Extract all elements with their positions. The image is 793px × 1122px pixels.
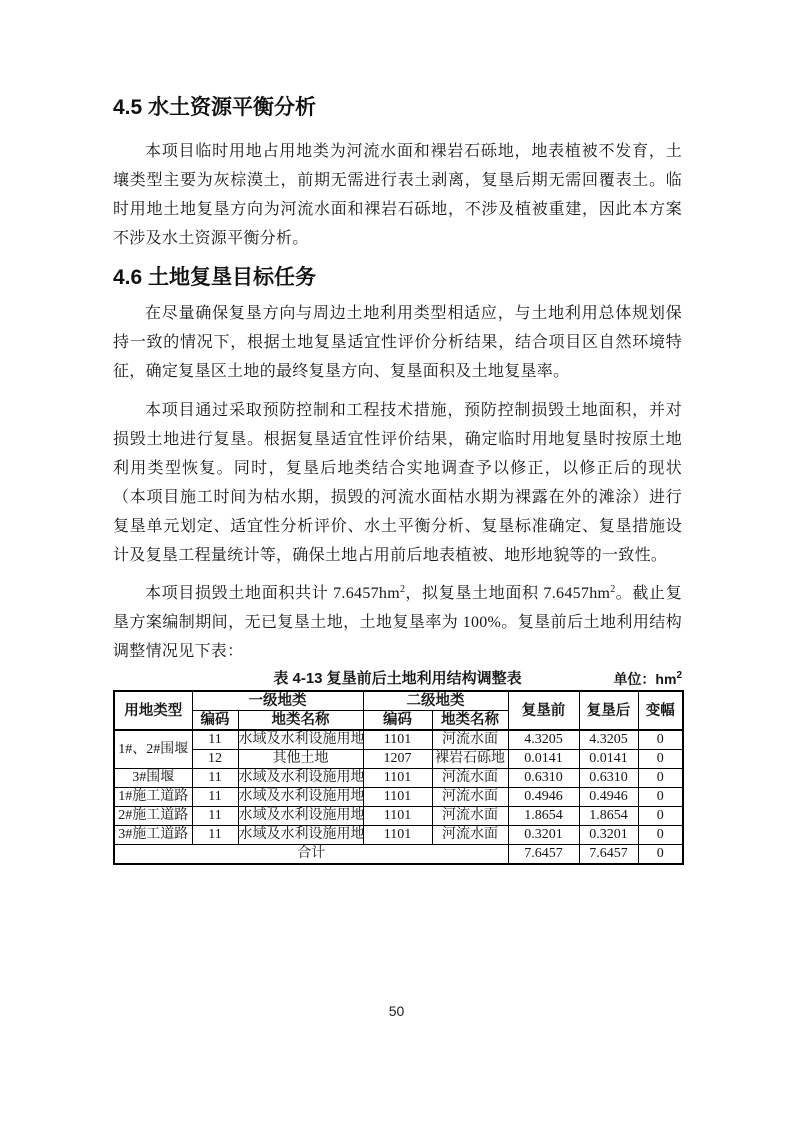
cell-code1: 12 <box>192 750 238 769</box>
superscript: 2 <box>676 670 682 681</box>
header-level1-group: 一级地类 <box>192 691 363 711</box>
cell-code1: 11 <box>192 826 238 845</box>
cell-after: 0.0141 <box>579 750 638 769</box>
land-use-adjustment-table: 用地类型 一级地类 二级地类 复垦前 复垦后 变幅 编码 地类名称 编码 地类名… <box>113 690 684 865</box>
cell-before: 0.0141 <box>508 750 579 769</box>
table-row: 12 其他土地 1207 裸岩石砾地 0.0141 0.0141 0 <box>114 750 683 769</box>
header-land-type: 用地类型 <box>114 691 192 730</box>
table-row: 3#施工道路 11 水域及水利设施用地 1101 河流水面 0.3201 0.3… <box>114 826 683 845</box>
table-row: 1#、2#围堰 11 水域及水利设施用地 1101 河流水面 4.3205 4.… <box>114 730 683 750</box>
table-row: 1#施工道路 11 水域及水利设施用地 1101 河流水面 0.4946 0.4… <box>114 788 683 807</box>
cell-name1: 水域及水利设施用地 <box>238 730 363 750</box>
paragraph-4-6-1: 在尽量确保复垦方向与周边土地利用类型相适应，与土地利用总体规划保持一致的情况下，… <box>113 299 682 386</box>
paragraph-4-5-1: 本项目临时用地占用地类为河流水面和裸岩石砾地，地表植被不发育，土壤类型主要为灰棕… <box>113 137 682 253</box>
cell-name1: 水域及水利设施用地 <box>238 769 363 788</box>
cell-land-type: 2#施工道路 <box>114 807 192 826</box>
cell-land-type: 3#施工道路 <box>114 826 192 845</box>
cell-change: 0 <box>638 730 683 750</box>
cell-change: 0 <box>638 769 683 788</box>
cell-name1: 水域及水利设施用地 <box>238 788 363 807</box>
cell-code2: 1101 <box>363 826 432 845</box>
header-change: 变幅 <box>638 691 683 730</box>
cell-code1: 11 <box>192 769 238 788</box>
table-unit-label: 单位：hm2 <box>613 668 682 690</box>
cell-before: 0.4946 <box>508 788 579 807</box>
header-name-1: 地类名称 <box>238 711 363 731</box>
cell-before: 4.3205 <box>508 730 579 750</box>
cell-name2: 河流水面 <box>432 769 508 788</box>
cell-before: 0.3201 <box>508 826 579 845</box>
cell-after: 0.3201 <box>579 826 638 845</box>
header-after: 复垦后 <box>579 691 638 730</box>
cell-after: 0.6310 <box>579 769 638 788</box>
section-heading-4-6: 4.6 土地复垦目标任务 <box>113 263 682 293</box>
cell-land-type: 1#施工道路 <box>114 788 192 807</box>
cell-total-before: 7.6457 <box>508 845 579 865</box>
table-caption-row: 表 4-13 复垦前后土地利用结构调整表 单位：hm2 <box>113 668 682 690</box>
cell-code1: 11 <box>192 807 238 826</box>
cell-code2: 1101 <box>363 730 432 750</box>
paragraph-4-6-3: 本项目损毁土地面积共计 7.6457hm2，拟复垦土地面积 7.6457hm2。… <box>113 579 682 666</box>
paragraph-text: ，拟复垦土地面积 7.6457hm <box>405 585 610 602</box>
section-heading-4-5: 4.5 水土资源平衡分析 <box>113 93 682 123</box>
cell-land-type: 1#、2#围堰 <box>114 730 192 769</box>
cell-land-type: 3#围堰 <box>114 769 192 788</box>
cell-code2: 1207 <box>363 750 432 769</box>
table-row: 2#施工道路 11 水域及水利设施用地 1101 河流水面 1.8654 1.8… <box>114 807 683 826</box>
header-code-2: 编码 <box>363 711 432 731</box>
header-code-1: 编码 <box>192 711 238 731</box>
cell-code1: 11 <box>192 788 238 807</box>
cell-change: 0 <box>638 807 683 826</box>
header-before: 复垦前 <box>508 691 579 730</box>
cell-before: 0.6310 <box>508 769 579 788</box>
cell-code2: 1101 <box>363 807 432 826</box>
cell-name2: 河流水面 <box>432 826 508 845</box>
cell-total-change: 0 <box>638 845 683 865</box>
cell-name2: 河流水面 <box>432 788 508 807</box>
cell-name2: 河流水面 <box>432 730 508 750</box>
cell-change: 0 <box>638 788 683 807</box>
page-number: 50 <box>0 1003 793 1019</box>
header-level2-group: 二级地类 <box>363 691 508 711</box>
cell-after: 1.8654 <box>579 807 638 826</box>
table-row: 3#围堰 11 水域及水利设施用地 1101 河流水面 0.6310 0.631… <box>114 769 683 788</box>
cell-name1: 水域及水利设施用地 <box>238 807 363 826</box>
header-name-2: 地类名称 <box>432 711 508 731</box>
cell-code2: 1101 <box>363 788 432 807</box>
cell-before: 1.8654 <box>508 807 579 826</box>
cell-name2: 裸岩石砾地 <box>432 750 508 769</box>
paragraph-4-6-2: 本项目通过采取预防控制和工程技术措施，预防控制损毁土地面积，并对损毁土地进行复垦… <box>113 396 682 570</box>
cell-total-after: 7.6457 <box>579 845 638 865</box>
cell-code1: 11 <box>192 730 238 750</box>
cell-change: 0 <box>638 750 683 769</box>
cell-after: 4.3205 <box>579 730 638 750</box>
page-content: 4.5 水土资源平衡分析 本项目临时用地占用地类为河流水面和裸岩石砾地，地表植被… <box>113 0 682 865</box>
cell-name1: 其他土地 <box>238 750 363 769</box>
cell-after: 0.4946 <box>579 788 638 807</box>
cell-code2: 1101 <box>363 769 432 788</box>
table-caption: 表 4-13 复垦前后土地利用结构调整表 <box>113 668 682 690</box>
paragraph-text: 本项目损毁土地面积共计 7.6457hm <box>145 585 400 602</box>
document-page: 4.5 水土资源平衡分析 本项目临时用地占用地类为河流水面和裸岩石砾地，地表植被… <box>0 0 793 1122</box>
table-header-row-1: 用地类型 一级地类 二级地类 复垦前 复垦后 变幅 <box>114 691 683 711</box>
cell-name1: 水域及水利设施用地 <box>238 826 363 845</box>
cell-name2: 河流水面 <box>432 807 508 826</box>
cell-total-label: 合计 <box>114 845 508 865</box>
cell-change: 0 <box>638 826 683 845</box>
table-total-row: 合计 7.6457 7.6457 0 <box>114 845 683 865</box>
